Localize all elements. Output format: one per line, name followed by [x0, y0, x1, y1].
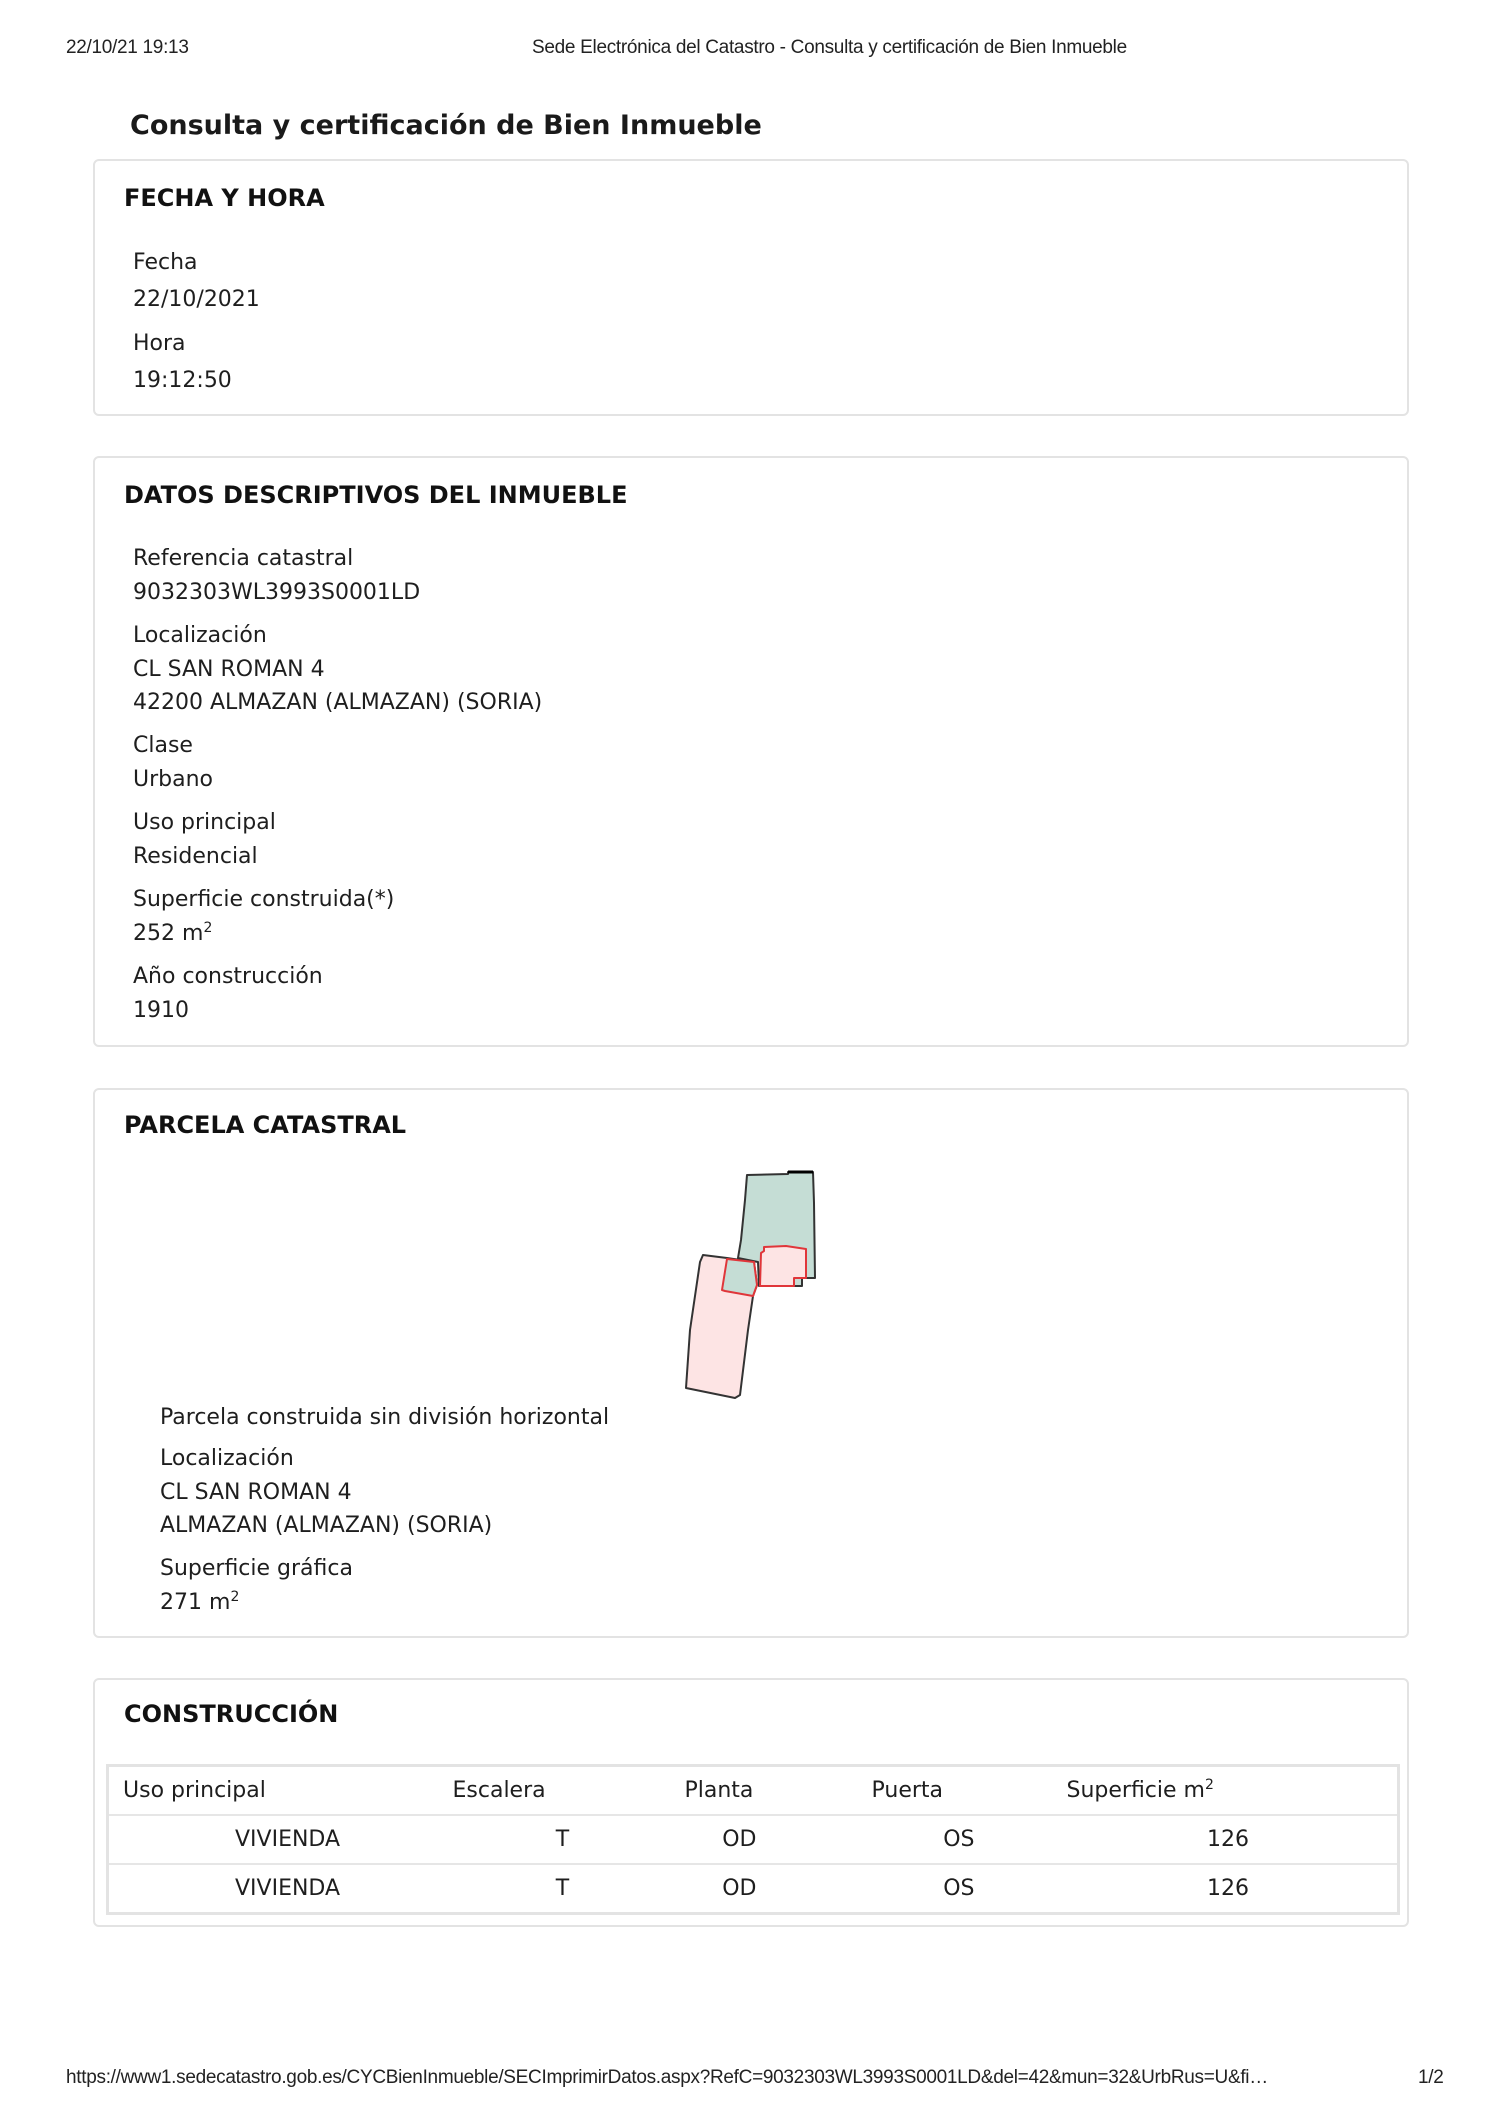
localizacion-label: Localización — [133, 619, 267, 653]
fecha-label: Fecha — [133, 246, 198, 280]
print-header-title: Sede Electrónica del Catastro - Consulta… — [532, 37, 1127, 59]
parcela-superficie-label: Superficie gráfica — [160, 1552, 353, 1586]
cell-escalera: T — [439, 1815, 671, 1864]
uso-label: Uso principal — [133, 806, 276, 840]
construccion-heading: CONSTRUCCIÓN — [124, 1700, 338, 1728]
referencia-label: Referencia catastral — [133, 542, 353, 576]
hora-label: Hora — [133, 327, 186, 361]
anio-value: 1910 — [133, 994, 189, 1028]
datos-heading: DATOS DESCRIPTIVOS DEL INMUEBLE — [124, 481, 627, 509]
col-header-escalera: Escalera — [439, 1766, 671, 1816]
fecha-value: 22/10/2021 — [133, 283, 260, 317]
parcel-map — [95, 1090, 1407, 1420]
col-header-planta: Planta — [671, 1766, 858, 1816]
table-header-row: Uso principal Escalera Planta Puerta Sup… — [108, 1766, 1399, 1816]
parcela-localizacion-label: Localización — [160, 1442, 294, 1476]
cell-puerta: OS — [858, 1815, 1053, 1864]
cell-uso: VIVIENDA — [108, 1815, 439, 1864]
clase-value: Urbano — [133, 763, 213, 797]
cell-superficie: 126 — [1053, 1864, 1399, 1914]
print-header-datetime: 22/10/21 19:13 — [66, 37, 189, 59]
parcela-superficie-value: 271 m2 — [160, 1586, 239, 1620]
cell-uso: VIVIENDA — [108, 1864, 439, 1914]
anio-label: Año construcción — [133, 960, 323, 994]
subject-parcel-annex — [722, 1259, 757, 1296]
parcela-tipo: Parcela construida sin división horizont… — [160, 1401, 609, 1435]
print-footer-url: https://www1.sedecatastro.gob.es/CYCBien… — [66, 2067, 1268, 2089]
uso-value: Residencial — [133, 840, 258, 874]
cell-planta: OD — [671, 1864, 858, 1914]
table-row: VIVIENDATODOS126 — [108, 1864, 1399, 1914]
parcela-localizacion-line2: ALMAZAN (ALMAZAN) (SORIA) — [160, 1509, 492, 1543]
superficie-label: Superficie construida(*) — [133, 883, 394, 917]
localizacion-line1: CL SAN ROMAN 4 — [133, 653, 325, 687]
parcela-localizacion-line1: CL SAN ROMAN 4 — [160, 1476, 352, 1510]
col-header-uso: Uso principal — [108, 1766, 439, 1816]
cell-planta: OD — [671, 1815, 858, 1864]
construccion-table: Uso principal Escalera Planta Puerta Sup… — [106, 1764, 1400, 1915]
parcela-catastral-panel: PARCELA CATASTRAL Parcela construida sin… — [93, 1088, 1409, 1638]
fecha-hora-panel: FECHA Y HORA Fecha 22/10/2021 Hora 19:12… — [93, 159, 1409, 416]
construccion-panel: CONSTRUCCIÓN Uso principal Escalera Plan… — [93, 1678, 1409, 1927]
table-row: VIVIENDATODOS126 — [108, 1815, 1399, 1864]
localizacion-line2: 42200 ALMAZAN (ALMAZAN) (SORIA) — [133, 686, 542, 720]
cell-puerta: OS — [858, 1864, 1053, 1914]
superficie-value: 252 m2 — [133, 917, 212, 951]
page-title: Consulta y certificación de Bien Inmuebl… — [130, 110, 762, 141]
fecha-hora-heading: FECHA Y HORA — [124, 184, 325, 212]
clase-label: Clase — [133, 729, 193, 763]
print-footer-page-number: 1/2 — [1418, 2067, 1444, 2089]
col-header-puerta: Puerta — [858, 1766, 1053, 1816]
cell-superficie: 126 — [1053, 1815, 1399, 1864]
col-header-superficie: Superficie m2 — [1053, 1766, 1399, 1816]
cell-escalera: T — [439, 1864, 671, 1914]
hora-value: 19:12:50 — [133, 364, 232, 398]
datos-descriptivos-panel: DATOS DESCRIPTIVOS DEL INMUEBLE Referenc… — [93, 456, 1409, 1047]
referencia-value: 9032303WL3993S0001LD — [133, 576, 420, 610]
